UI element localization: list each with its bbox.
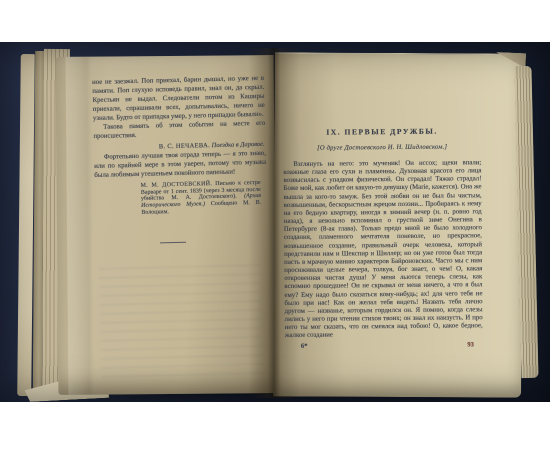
page-number: 93	[467, 342, 474, 349]
attribution-work-title: Поездка в Даровое.	[212, 141, 265, 149]
quote-paragraph: Фортепьяно лучшая твоя отрада теперь — я…	[94, 149, 267, 180]
signature-mark: 6*	[301, 343, 308, 350]
chapter-subtitle: [О друге Достоевского И. Н. Шидловском.]	[283, 143, 481, 152]
chapter-body: Взглянуть на него: это мученик! Он иссох…	[283, 159, 483, 340]
screenshot-canvas: ное не заезжал. Поп приехал, барин дышал…	[0, 0, 550, 450]
citation-block: М. М. ДОСТОЕВСКИЙ. Письмо к сестре Варва…	[141, 180, 262, 216]
left-cover-edge	[17, 54, 35, 396]
chapter-heading: IX. ПЕРВЫЕ ДРУЖБЫ.	[283, 126, 481, 137]
paragraph-continuation: ное не заезжал. Поп приехал, барин дышал…	[92, 74, 265, 123]
right-page-text: IX. ПЕРВЫЕ ДРУЖБЫ. [О друге Достоевского…	[283, 126, 483, 350]
paragraph-memory: Такова память об этом событии на месте е…	[93, 119, 265, 141]
book-photo: ное не заезжал. Поп приехал, барин дышал…	[0, 42, 550, 402]
attribution-author: В. С. НЕЧАЕВА.	[159, 142, 210, 150]
left-page-text: ное не заезжал. Поп приехал, барин дышал…	[92, 74, 268, 245]
ink-showthrough	[99, 264, 264, 380]
